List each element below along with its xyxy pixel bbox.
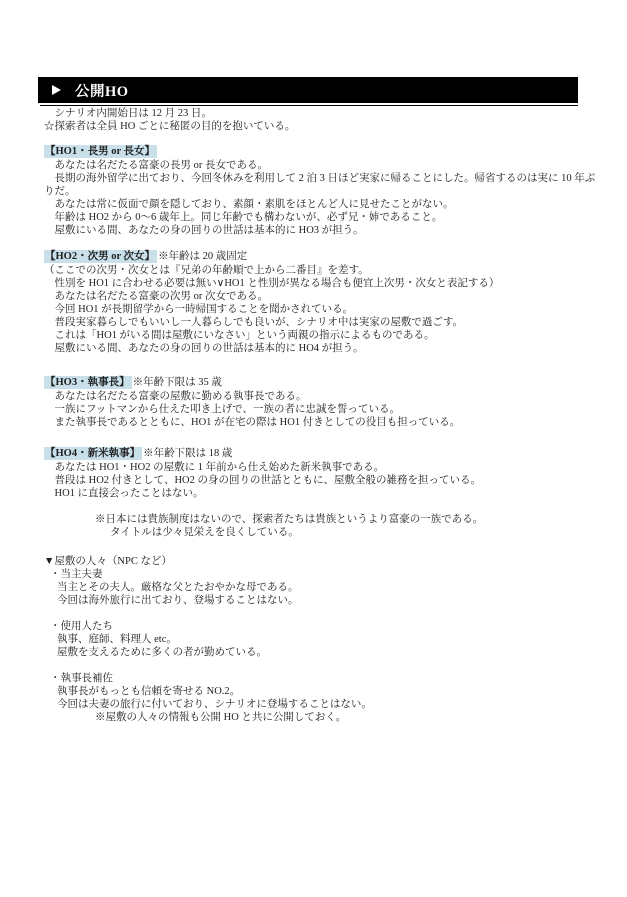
npc-section: ▼屋敷の人々（NPC など） ・当主夫妻 当主とその夫人。厳格な父とたおやかな母… [44, 555, 597, 724]
title-bar: 公開HO [38, 77, 578, 103]
page-title: 公開HO [75, 80, 129, 101]
paragraph: HO1 に直接会ったことはない。 [44, 487, 597, 500]
npc-group-owners: ・当主夫妻 当主とその夫人。厳格な父とたおやかな母である。 今回は海外旅行に出て… [44, 568, 597, 607]
paragraph: あなたは名だたる富豪の長男 or 長女である。 [44, 159, 597, 172]
title-bar-underline [40, 105, 578, 106]
scenario-start-date: シナリオ内開始日は 12 月 23 日。 [44, 107, 597, 120]
npc-line: 屋敷を支えるために多くの者が勤めている。 [44, 646, 597, 659]
note-line: ※日本には貴族制度はないので、探索者たちは貴族というより富豪の一族である。 [44, 513, 597, 526]
section-ho2: 【HO2・次男 or 次女】※年齢は 20 歳固定 （ここでの次男・次女とは『兄… [44, 250, 597, 355]
paragraph: 年齢は HO2 から 0～6 歳年上。同じ年齢でも構わないが、必ず兄・姉であるこ… [44, 211, 597, 224]
paragraph: これは「HO1 がいる間は屋敷にいなさい」という両親の指示によるものである。 [44, 329, 597, 342]
paragraph: 長期の海外留学に出ており、今回冬休みを利用して 2 泊 3 日ほど実家に帰ること… [44, 172, 597, 198]
section-ho4: 【HO4・新米執事】※年齢下限は 18 歳 あなたは HO1・HO2 の屋敷に … [44, 447, 597, 500]
paragraph: あなたは名だたる富豪の次男 or 次女である。 [44, 290, 597, 303]
paragraph: 普段は HO2 付きとして、HO2 の身の回りの世話とともに、屋敷全般の雑務を担… [44, 474, 597, 487]
secret-objective-note: ☆探索者は全員 HO ごとに秘匿の目的を抱いている。 [44, 120, 597, 133]
npc-footnote: ※屋敷の人々の情報も公開 HO と共に公開しておく。 [44, 711, 597, 724]
npc-heading: ▼屋敷の人々（NPC など） [44, 555, 597, 568]
section-ho2-heading-suffix: ※年齢は 20 歳固定 [158, 251, 247, 262]
arrowhead-right-icon [52, 85, 61, 95]
npc-group-title: ・当主夫妻 [44, 568, 597, 581]
paragraph: 屋敷にいる間、あなたの身の回りの世話は基本的に HO4 が担う。 [44, 342, 597, 355]
section-ho4-heading-line: 【HO4・新米執事】※年齢下限は 18 歳 [44, 447, 597, 461]
section-ho2-heading-line: 【HO2・次男 or 次女】※年齢は 20 歳固定 [44, 250, 597, 264]
paragraph: 性別を HO1 に合わせる必要は無い∨HO1 と性別が異なる場合も便宜上次男・次… [44, 277, 597, 290]
section-ho1-heading-line: 【HO1・長男 or 長女】 [44, 145, 597, 159]
paragraph: また執事長であるとともに、HO1 が在宅の際は HO1 付きとしての役目も担って… [44, 416, 597, 429]
npc-line: 今回は夫妻の旅行に付いており、シナリオに登場することはない。 [44, 698, 597, 711]
paragraph: あなたは名だたる富豪の屋敷に勤める執事長である。 [44, 390, 597, 403]
section-ho4-heading: 【HO4・新米執事】 [44, 447, 142, 460]
paragraph: あなたは常に仮面で顔を隠しており、素顔・素肌をほとんど人に見せたことがない。 [44, 198, 597, 211]
section-ho1: 【HO1・長男 or 長女】 あなたは名だたる富豪の長男 or 長女である。 長… [44, 145, 597, 237]
paragraph: 一族にフットマンから仕えた叩き上げで、一族の者に忠誠を誓っている。 [44, 403, 597, 416]
paragraph: あなたは HO1・HO2 の屋敷に 1 年前から仕え始めた新米執事である。 [44, 461, 597, 474]
section-ho3-heading: 【HO3・執事長】 [44, 376, 132, 389]
section-ho3: 【HO3・執事長】※年齢下限は 35 歳 あなたは名だたる富豪の屋敷に勤める執事… [44, 376, 597, 429]
section-ho1-heading: 【HO1・長男 or 長女】 [44, 145, 157, 158]
document-body: シナリオ内開始日は 12 月 23 日。 ☆探索者は全員 HO ごとに秘匿の目的… [44, 107, 597, 724]
paragraph: （ここでの次男・次女とは『兄弟の年齢順で上から二番目』を差す。 [44, 264, 597, 277]
section-ho2-heading: 【HO2・次男 or 次女】 [44, 250, 157, 263]
npc-group-assistant: ・執事長補佐 執事長がもっとも信頼を寄せる NO.2。 今回は夫妻の旅行に付いて… [44, 672, 597, 711]
paragraph: 今回 HO1 が長期留学から一時帰国することを聞かされている。 [44, 303, 597, 316]
npc-group-title: ・使用人たち [44, 620, 597, 633]
section-ho4-heading-suffix: ※年齢下限は 18 歳 [143, 448, 232, 459]
paragraph: 屋敷にいる間、あなたの身の回りの世話は基本的に HO3 が担う。 [44, 224, 597, 237]
nobility-note-block: ※日本には貴族制度はないので、探索者たちは貴族というより富豪の一族である。 タイ… [44, 513, 597, 539]
section-ho3-heading-line: 【HO3・執事長】※年齢下限は 35 歳 [44, 376, 597, 390]
npc-group-title: ・執事長補佐 [44, 672, 597, 685]
section-ho3-heading-suffix: ※年齢下限は 35 歳 [133, 377, 222, 388]
paragraph: 普段実家暮らしでもいいし一人暮らしでも良いが、シナリオ中は実家の屋敷で過ごす。 [44, 316, 597, 329]
npc-line: 執事長がもっとも信頼を寄せる NO.2。 [44, 685, 597, 698]
npc-line: 執事、庭師、料理人 etc。 [44, 633, 597, 646]
document-page: 公開HO シナリオ内開始日は 12 月 23 日。 ☆探索者は全員 HO ごとに… [0, 0, 627, 897]
npc-group-servants: ・使用人たち 執事、庭師、料理人 etc。 屋敷を支えるために多くの者が勤めてい… [44, 620, 597, 659]
npc-line: 今回は海外旅行に出ており、登場することはない。 [44, 594, 597, 607]
npc-line: 当主とその夫人。厳格な父とたおやかな母である。 [44, 581, 597, 594]
note-line: タイトルは少々見栄えを良くしている。 [44, 526, 597, 539]
